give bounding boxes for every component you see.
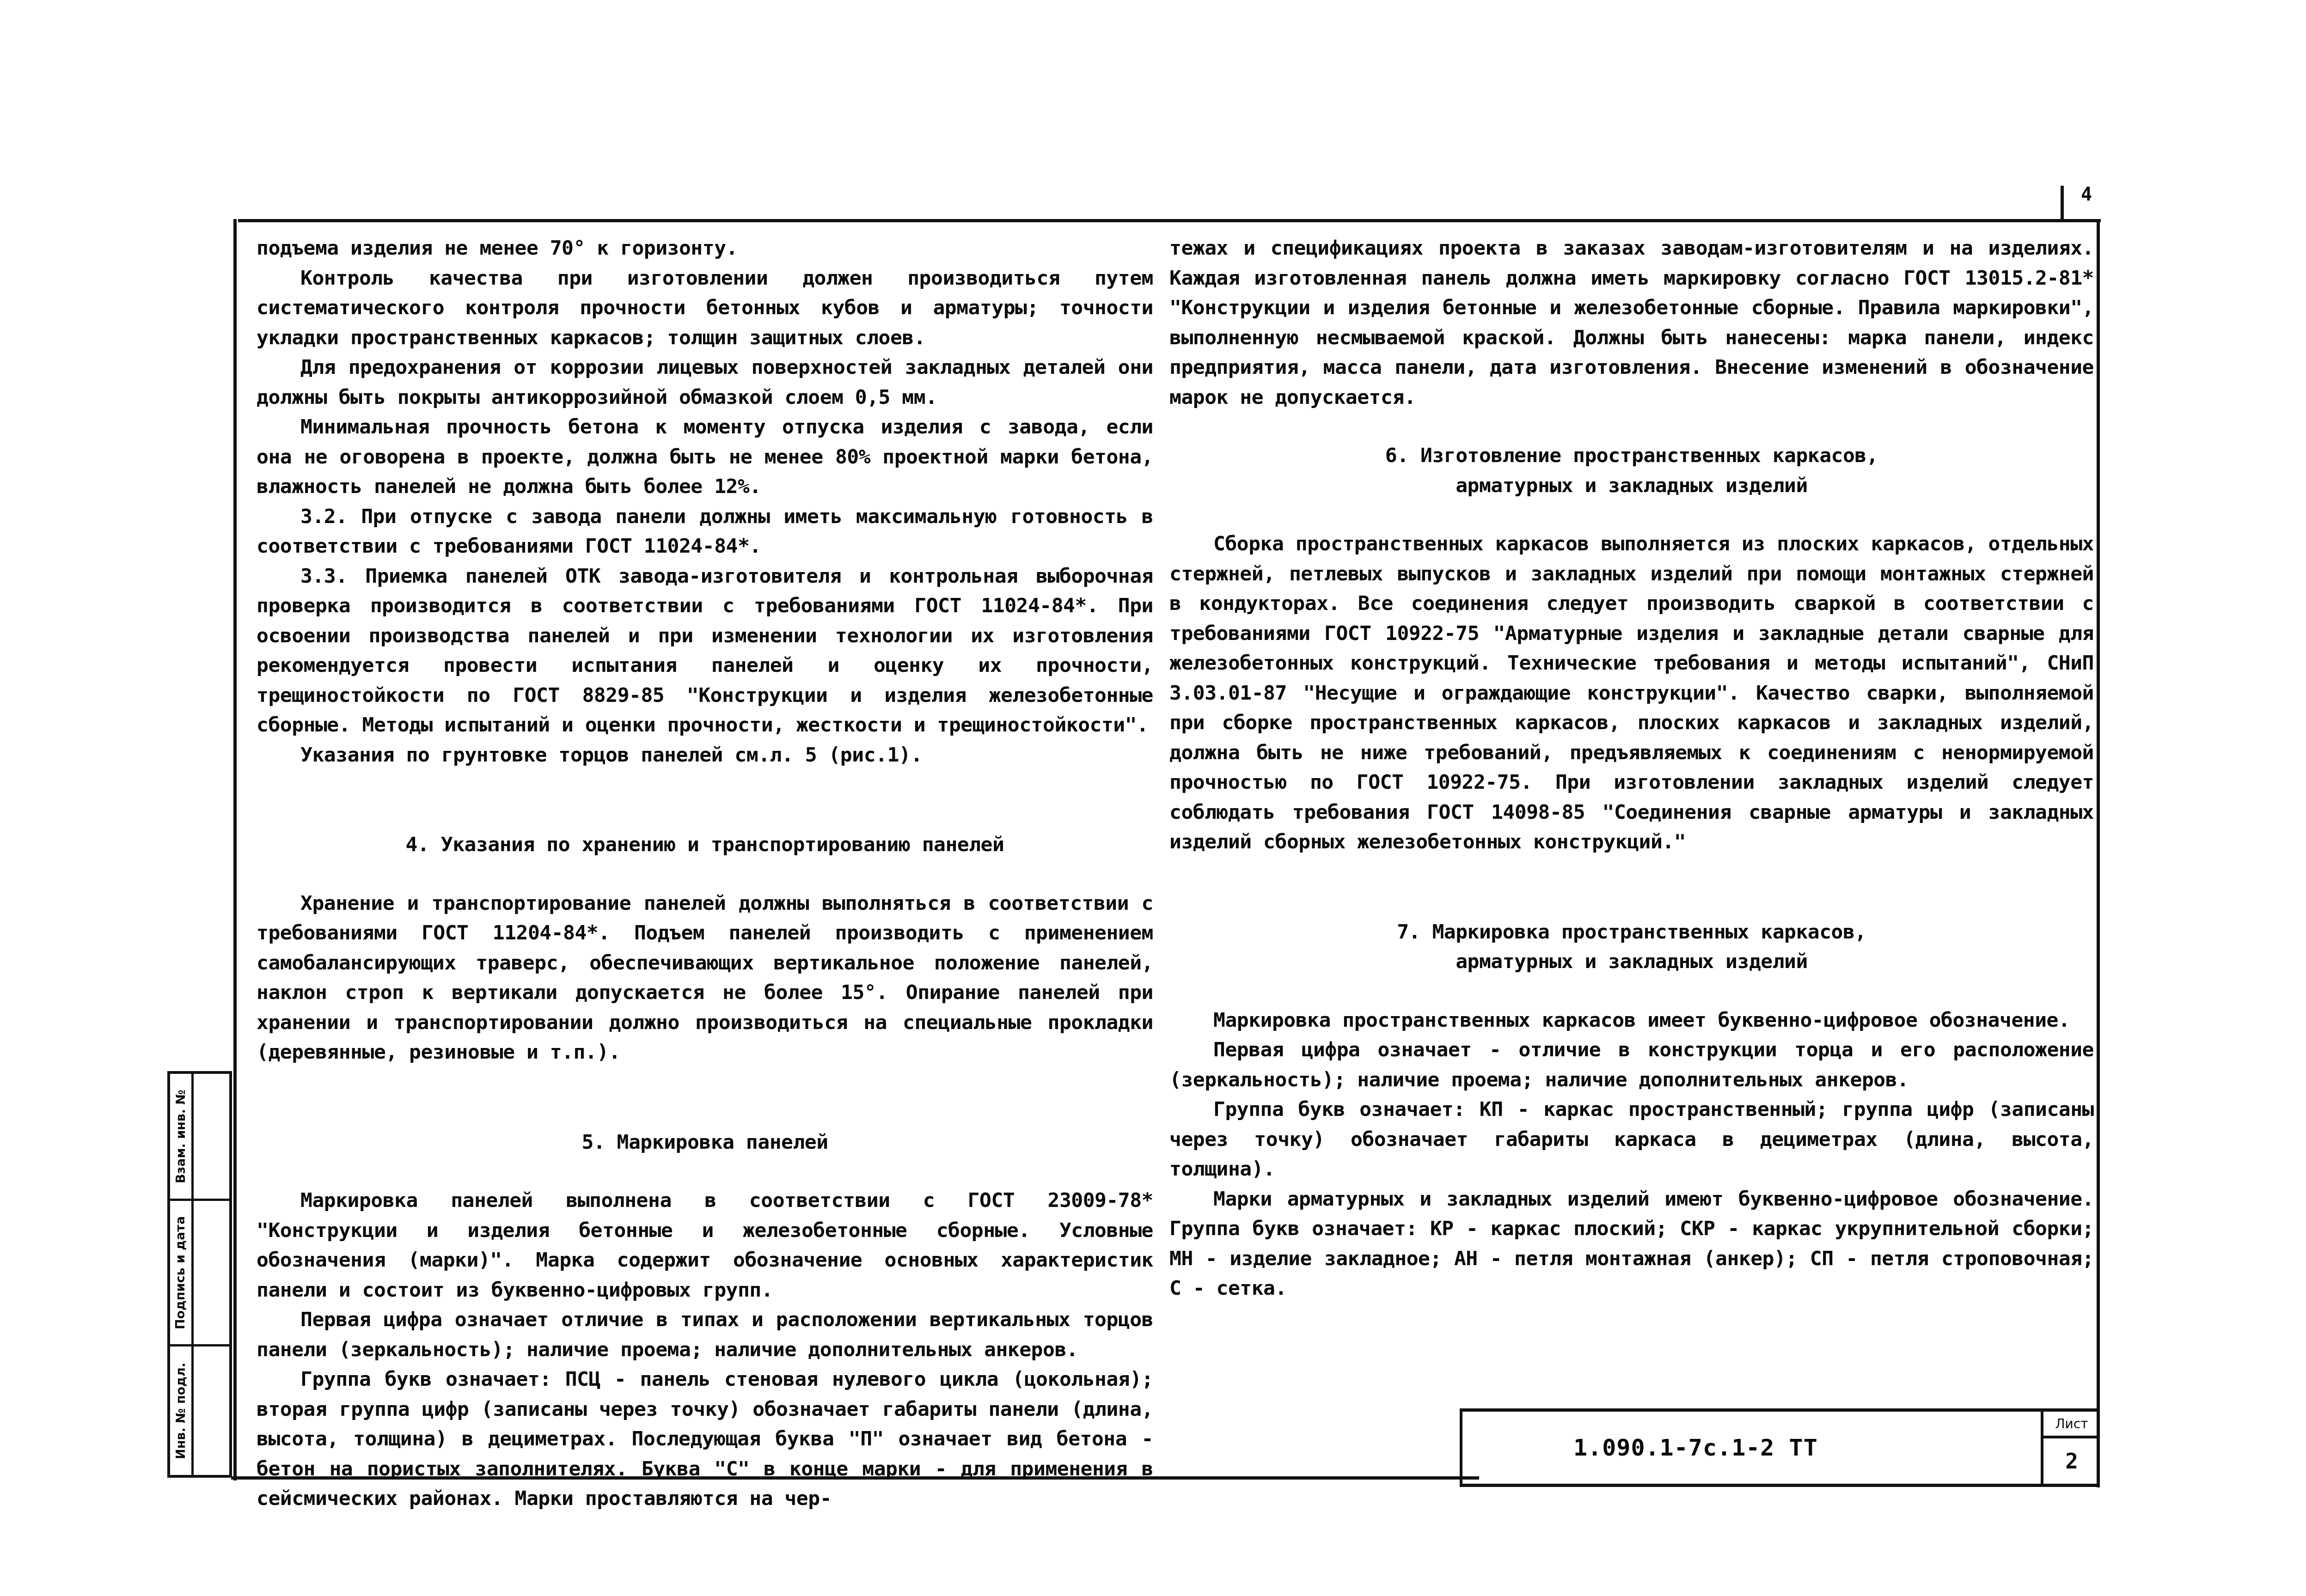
page-corner-tick: [2061, 186, 2064, 220]
page-corner-number: 4: [2081, 184, 2092, 205]
spacer: [257, 1067, 1153, 1127]
stamp-label: Инв. № подл.: [174, 1363, 188, 1459]
paragraph: Первая цифра означает отличие в типах и …: [257, 1305, 1153, 1365]
stamp-cell-replacement-inventory: Взам. инв. №: [170, 1074, 229, 1201]
section-heading: арматурных и закладных изделий: [1169, 947, 2094, 977]
right-text-column: тежах и спецификациях проекта в заказах …: [1169, 233, 2094, 1304]
sheet-label: Лист: [2043, 1412, 2100, 1438]
paragraph: Сборка пространственных каркасов выполня…: [1169, 529, 2094, 857]
paragraph: Минимальная прочность бетона к моменту о…: [257, 412, 1153, 502]
stamp-label: Взам. инв. №: [174, 1089, 188, 1183]
paragraph: Указания по грунтовке торцов панелей см.…: [257, 740, 1153, 770]
stamp-value: [194, 1346, 229, 1475]
left-text-column: подъема изделия не менее 70° к горизонту…: [257, 233, 1153, 1514]
paragraph: подъема изделия не менее 70° к горизонту…: [257, 233, 1153, 263]
paragraph: Марки арматурных и закладных изделий име…: [1169, 1184, 2094, 1304]
section-heading: 5. Маркировка панелей: [257, 1127, 1153, 1157]
paragraph: Группа букв означает: ПСЦ - панель стено…: [257, 1365, 1153, 1514]
paragraph: Маркировка панелей выполнена в соответст…: [257, 1186, 1153, 1305]
stamp-cell-signature-date: Подпись и дата: [170, 1201, 229, 1346]
stamp-value: [194, 1201, 229, 1344]
paragraph: 3.3. Приемка панелей ОТК завода-изготови…: [257, 561, 1153, 740]
spacer: [1169, 500, 2094, 529]
sheet-number: 2: [2043, 1438, 2100, 1484]
stamp-value: [194, 1074, 229, 1199]
spacer: [257, 770, 1153, 830]
paragraph: Маркировка пространственных каркасов име…: [1169, 1005, 2094, 1036]
frame-right-border: [2097, 219, 2100, 1487]
frame-left-border: [233, 219, 237, 1480]
spacer: [1169, 977, 2094, 1005]
paragraph: Группа букв означает: КП - каркас простр…: [1169, 1095, 2094, 1184]
paragraph: Для предохранения от коррозии лицевых по…: [257, 353, 1153, 412]
spacer: [1169, 857, 2094, 917]
title-block: 1.090.1-7с.1-2 ТТ Лист 2: [1460, 1408, 2100, 1487]
paragraph: Контроль качества при изготовлении долже…: [257, 263, 1153, 353]
spacer: [1169, 412, 2094, 441]
side-approval-stamp: Взам. инв. № Подпись и дата Инв. № подл.: [167, 1071, 232, 1478]
sheet-box: Лист 2: [2041, 1412, 2100, 1484]
section-heading: 7. Маркировка пространственных каркасов,: [1169, 917, 2094, 947]
spacer: [257, 860, 1153, 889]
stamp-cell-original-inventory: Инв. № подл.: [170, 1346, 229, 1475]
section-heading: арматурных и закладных изделий: [1169, 471, 2094, 501]
paragraph: 3.2. При отпуске с завода панели должны …: [257, 502, 1153, 561]
frame-top-border: [238, 219, 2101, 222]
stamp-label: Подпись и дата: [174, 1216, 188, 1329]
spacer: [257, 1157, 1153, 1186]
section-heading: 4. Указания по хранению и транспортирова…: [257, 830, 1153, 860]
paragraph: Первая цифра означает - отличие в констр…: [1169, 1035, 2094, 1095]
section-heading: 6. Изготовление пространственных каркасо…: [1169, 441, 2094, 471]
paragraph: тежах и спецификациях проекта в заказах …: [1169, 233, 2094, 412]
document-code: 1.090.1-7с.1-2 ТТ: [1573, 1434, 1818, 1461]
paragraph: Хранение и транспортирование панелей дол…: [257, 889, 1153, 1067]
